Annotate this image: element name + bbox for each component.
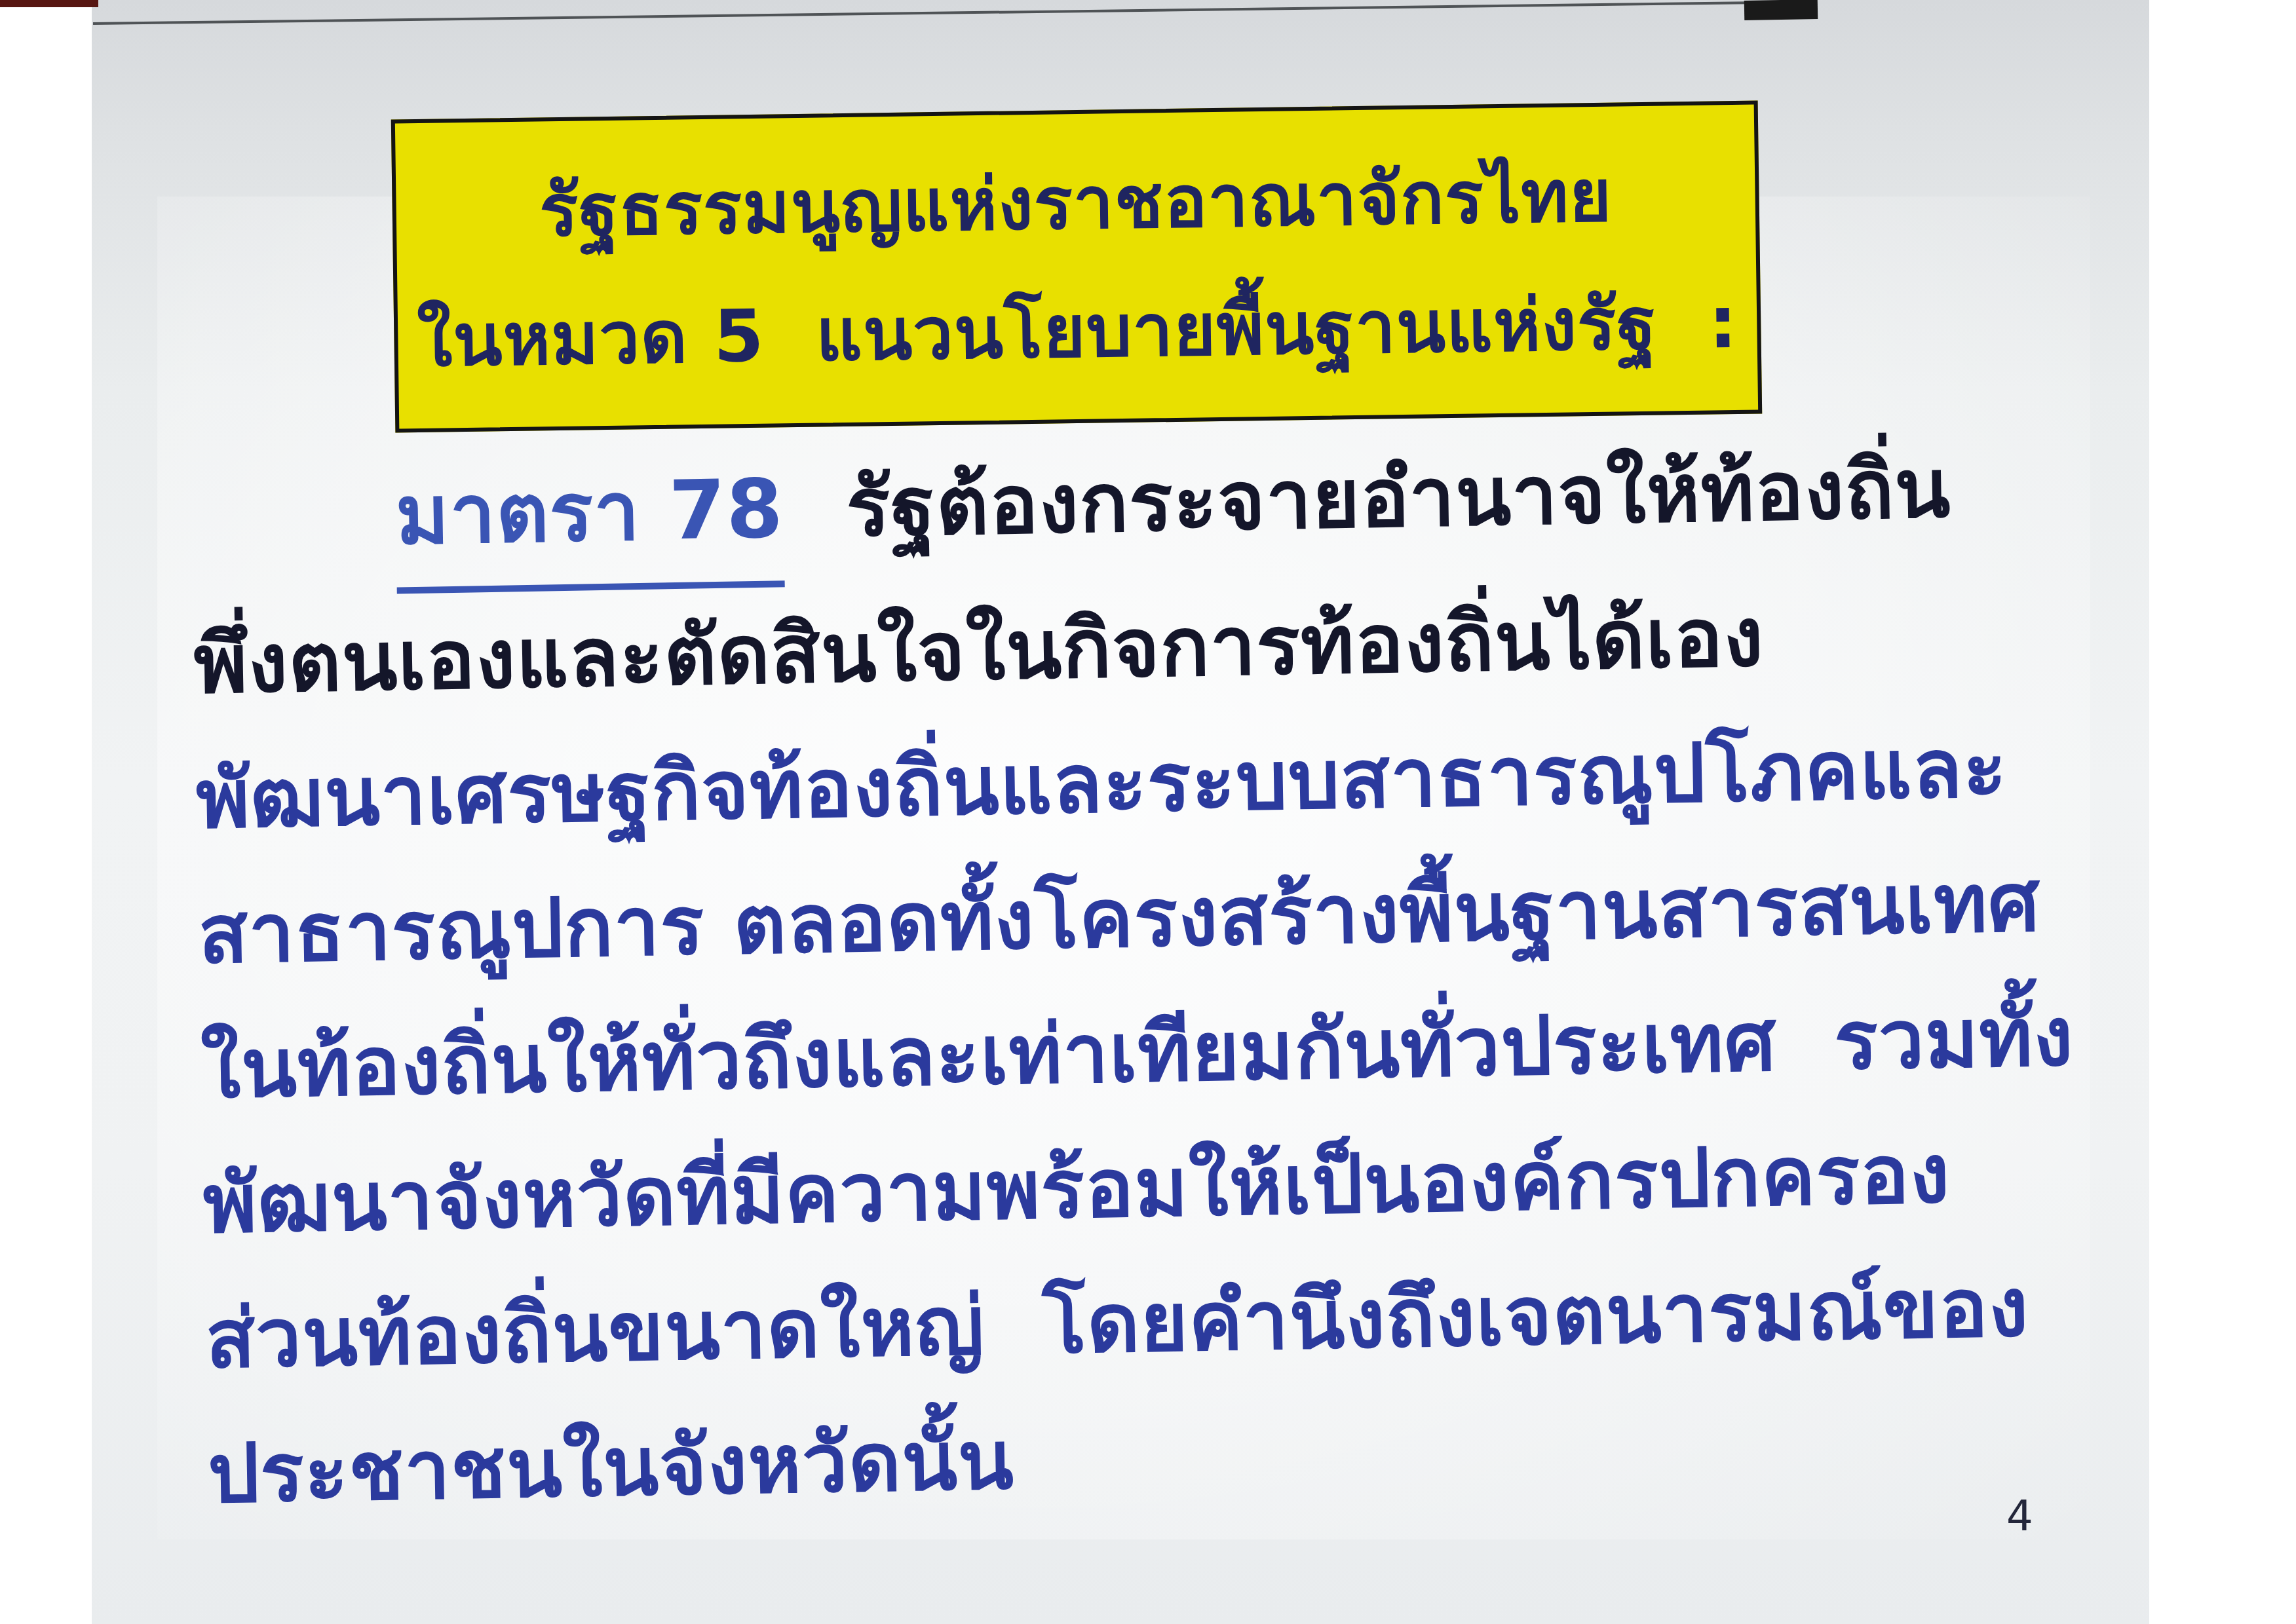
page-number: 4	[2006, 1492, 2033, 1541]
body-line-segment: ในท้องถิ่นให้ทั่วถึงและเท่าเทียมกันทั่วป…	[200, 990, 2075, 1117]
body-text: มาตรา 78รัฐต้องกระจายอำนาจให้ท้องถิ่นพึ่…	[190, 421, 1991, 1542]
body-line-segment: ประชาชนในจังหวัดนั้น	[207, 1413, 1015, 1521]
body-line-segment: สาธารณูปการ ตลอดทั้งโครงสร้างพื้นฐานสารส…	[198, 856, 2041, 982]
scan-artifact-top-left-mark	[0, 0, 98, 7]
body-line-segment: พัฒนาจังหวัดที่มีความพร้อมให้เป็นองค์กรป…	[202, 1127, 1951, 1252]
section-label: มาตรา 78	[394, 442, 785, 594]
body-line-segment: รัฐต้องกระจายอำนาจให้ท้องถิ่น	[845, 442, 1951, 555]
title-box: รัฐธรรมนูญแห่งราชอาณาจักรไทย ในหมวด 5 แน…	[391, 100, 1762, 432]
body-line-segment: พัฒนาเศรษฐกิจท้องถิ่นและระบบสาธารณูปโภคแ…	[195, 721, 2008, 847]
page-background: รัฐธรรมนูญแห่งราชอาณาจักรไทย ในหมวด 5 แน…	[0, 0, 2296, 1624]
body-line-segment: พึ่งตนเองและตัดสินใจในกิจการท้องถิ่นได้เ…	[193, 590, 1765, 712]
body-line-segment: ส่วนท้องถิ่นขนาดใหญ่ โดยคำนึงถึงเจตนารมณ…	[204, 1260, 2029, 1387]
title-line-2: ในหมวด 5 แนวนโยบายพื้นฐานแห่งรัฐ :	[397, 258, 1758, 406]
title-line-1: รัฐธรรมนูญแห่งราชอาณาจักรไทย	[395, 130, 1756, 277]
scan-artifact-top-right-mark	[1744, 0, 1818, 20]
